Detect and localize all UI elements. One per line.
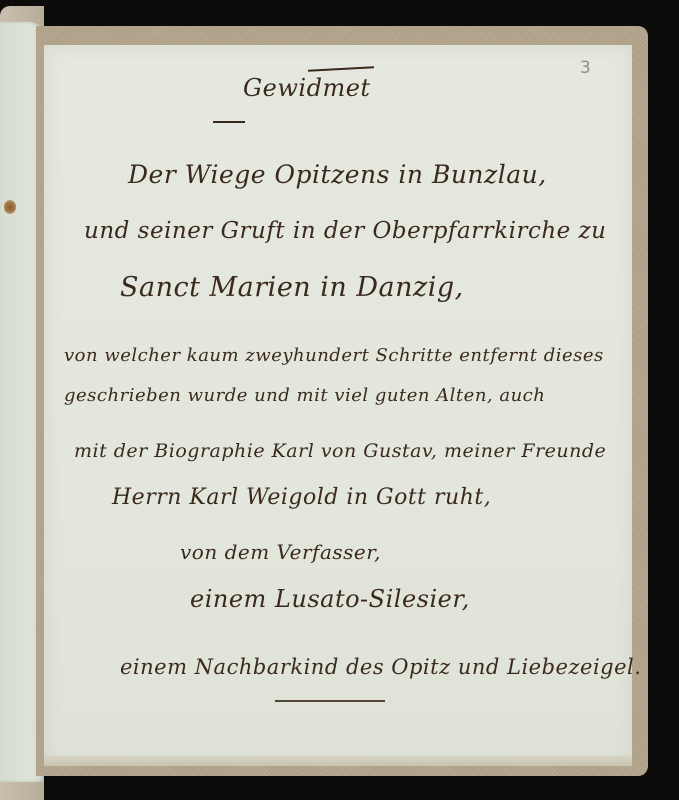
text-line: von dem Verfasser, — [180, 540, 381, 564]
text-line: und seiner Gruft in der Oberpfarrkirche … — [84, 218, 607, 244]
text-line: geschrieben wurde und mit viel guten Alt… — [64, 385, 545, 406]
heading: Gewidmet — [243, 74, 371, 102]
foxing-stain — [4, 200, 16, 214]
text-line: Herrn Karl Weigold in Gott ruht, — [112, 485, 491, 510]
text-line: einem Nachbarkind des Opitz und Liebezei… — [120, 655, 641, 679]
text-line: von welcher kaum zweyhundert Schritte en… — [64, 345, 604, 366]
page-number: 3 — [580, 58, 591, 78]
heading-underline — [213, 121, 245, 123]
page-edge — [44, 756, 632, 766]
text-line: Der Wiege Opitzens in Bunzlau, — [128, 160, 547, 189]
text-line: Sanct Marien in Danzig, — [120, 272, 464, 303]
text-line: mit der Biographie Karl von Gustav, mein… — [74, 440, 606, 462]
text-line: einem Lusato-Silesier, — [190, 585, 470, 613]
closing-flourish — [275, 700, 385, 702]
